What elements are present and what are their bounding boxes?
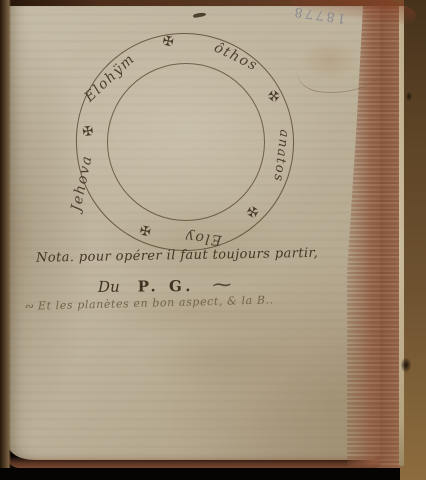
note-line-2-initials: P. G.	[138, 277, 195, 295]
maltese-cross-icon: ✠	[82, 125, 95, 139]
page-edge-highlight	[399, 4, 404, 466]
page-bottom-edge	[7, 456, 381, 468]
cover-knot	[401, 358, 411, 372]
book-spine-edge	[0, 0, 11, 468]
paper-stain	[140, 330, 300, 390]
note-line-2-word: Du	[98, 278, 120, 296]
manuscript-photo: 18778 Elohÿm ôthos anatos Eloy Jehova ✠ …	[0, 0, 426, 480]
maltese-cross-icon: ✠	[162, 35, 175, 50]
paper-stain	[300, 40, 360, 80]
cover-mark	[406, 92, 412, 101]
magic-circle-inner-ring	[107, 63, 265, 221]
flourish-mark: ⁓	[212, 274, 231, 296]
